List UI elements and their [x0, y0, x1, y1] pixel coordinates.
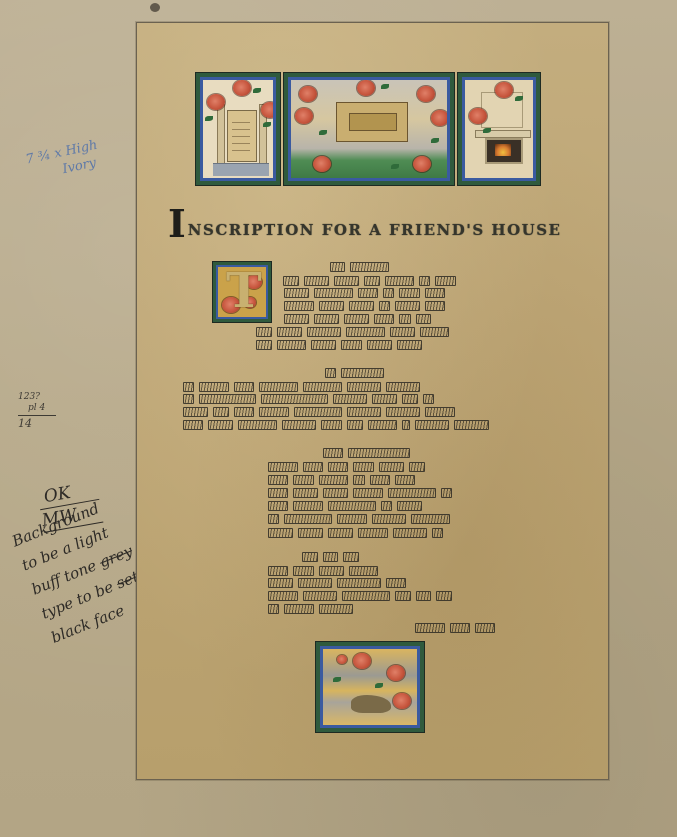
lettering-word: [349, 566, 379, 576]
signature-line: [415, 623, 495, 633]
bird-illustration: [351, 695, 391, 713]
lettering-word: [395, 475, 415, 485]
header-illustration: [196, 73, 542, 185]
lettering-word: [283, 276, 299, 286]
rose-icon: [233, 80, 251, 96]
tailpiece-illustration: [316, 642, 424, 732]
stanza-line: [183, 420, 489, 429]
rose-icon: [295, 108, 313, 124]
lettering-word: [293, 501, 323, 511]
leaf-icon: [205, 116, 213, 121]
stanza-line: [268, 528, 443, 537]
lettering-word: [268, 514, 279, 524]
lettering-word: [282, 420, 316, 430]
lettering-word: [268, 501, 288, 511]
lettering-word: [390, 327, 415, 337]
stanza-heading: [323, 448, 410, 457]
stanza-line: [268, 462, 425, 471]
lettering-word: [268, 566, 288, 576]
lettering-word: [337, 578, 380, 588]
lettering-word: [454, 420, 488, 430]
lettering-word: [385, 276, 415, 286]
rose-icon: [417, 86, 435, 102]
lettering-word: [183, 394, 194, 404]
lettering-word: [199, 382, 229, 392]
lettering-word: [256, 327, 272, 337]
stone-tablet: [336, 102, 408, 142]
stanza-line: [284, 314, 431, 323]
lettering-word: [409, 462, 425, 472]
lettering-word: [321, 420, 341, 430]
note-rule: [18, 415, 56, 416]
lettering-word: [393, 528, 427, 538]
lettering-word: [298, 578, 332, 588]
lettering-word: [284, 604, 314, 614]
note-number-top: 123?: [18, 392, 56, 403]
lettering-word: [436, 591, 452, 601]
lettering-word: [303, 591, 337, 601]
lettering-word: [425, 288, 445, 298]
panel-stone-tablet: [284, 73, 454, 185]
lettering-word: [268, 475, 288, 485]
lettering-word: [284, 301, 314, 311]
lettering-word: [402, 420, 410, 430]
lettering-word: [323, 552, 339, 562]
rose-icon: [387, 665, 405, 681]
lettering-word: [294, 407, 342, 417]
stanza-line: [256, 327, 449, 336]
lettering-word: [307, 327, 341, 337]
note-number-bottom: 14: [18, 418, 56, 429]
title-text: nscription for a Friend's House: [188, 220, 562, 242]
lettering-word: [415, 420, 449, 430]
lettering-word: [342, 591, 390, 601]
lettering-word: [372, 394, 397, 404]
leaf-icon: [375, 683, 383, 688]
lettering-word: [302, 552, 318, 562]
lettering-word: [415, 623, 445, 633]
lettering-word: [183, 407, 208, 417]
lettering-word: [333, 394, 367, 404]
lettering-word: [341, 368, 384, 378]
lettering-word: [450, 623, 470, 633]
lettering-word: [268, 604, 279, 614]
stanza-line: [268, 592, 452, 601]
lettering-word: [277, 327, 302, 337]
lettering-word: [319, 475, 349, 485]
door-illustration: [227, 110, 257, 162]
lettering-word: [383, 288, 394, 298]
stanza-line: [268, 604, 353, 613]
lettering-word: [284, 288, 309, 298]
stanza-heading: [302, 552, 359, 561]
lettering-word: [311, 340, 336, 350]
leaf-icon: [431, 138, 439, 143]
lettering-word: [379, 301, 390, 311]
lettering-word: [183, 382, 194, 392]
stanza-line: [268, 475, 415, 484]
lettering-word: [475, 623, 495, 633]
lettering-word: [323, 488, 348, 498]
lettering-word: [268, 578, 293, 588]
rose-icon: [299, 86, 317, 102]
lettering-word: [337, 514, 367, 524]
lettering-word: [349, 301, 374, 311]
lettering-word: [416, 314, 432, 324]
stanza-line: [284, 289, 445, 298]
lettering-word: [303, 462, 323, 472]
leaf-icon: [333, 677, 341, 682]
lettering-word: [303, 382, 342, 392]
lettering-word: [399, 314, 410, 324]
leaf-icon: [253, 88, 261, 93]
lettering-word: [268, 462, 298, 472]
lettering-word: [425, 301, 445, 311]
stanza-line: [268, 515, 450, 524]
lettering-word: [381, 501, 392, 511]
panel-doorway: [196, 73, 280, 185]
lettering-word: [364, 276, 380, 286]
lettering-word: [183, 420, 203, 430]
lettering-word: [347, 382, 381, 392]
lettering-word: [304, 276, 329, 286]
lettering-word: [341, 340, 361, 350]
rose-icon: [393, 693, 411, 709]
stanza-line: [268, 502, 422, 511]
lettering-word: [343, 552, 359, 562]
lettering-word: [268, 528, 293, 538]
lettering-word: [441, 488, 452, 498]
note-number-mid: pl 4: [18, 403, 56, 414]
lettering-word: [397, 501, 422, 511]
lettering-word: [347, 420, 363, 430]
lettering-word: [298, 528, 323, 538]
lettering-word: [353, 475, 364, 485]
rose-icon: [357, 80, 375, 96]
lettering-word: [395, 591, 411, 601]
lettering-word: [284, 314, 309, 324]
lettering-word: [435, 276, 455, 286]
lettering-word: [395, 301, 420, 311]
stanza-line: [268, 488, 452, 497]
lettering-word: [353, 488, 383, 498]
drop-cap-letter: T: [226, 267, 262, 317]
title-initial: I: [168, 206, 186, 242]
leaf-icon: [483, 128, 491, 133]
lettering-word: [344, 314, 369, 324]
stanza-heading: [325, 368, 385, 377]
lettering-word: [423, 394, 434, 404]
stanza-line: [268, 566, 378, 575]
lettering-word: [420, 327, 450, 337]
lettering-word: [328, 528, 353, 538]
lettering-word: [368, 420, 398, 430]
lettering-word: [348, 448, 410, 458]
lettering-word: [402, 394, 418, 404]
lettering-word: [319, 301, 344, 311]
lettering-word: [328, 462, 348, 472]
pin-hole: [150, 3, 160, 12]
lettering-word: [268, 591, 298, 601]
leaf-icon: [391, 164, 399, 169]
leaf-icon: [381, 84, 389, 89]
rose-icon: [207, 94, 225, 110]
lettering-word: [399, 288, 419, 298]
lettering-word: [334, 276, 359, 286]
lettering-word: [293, 475, 313, 485]
catalog-number-note: 123? pl 4 14: [18, 392, 56, 429]
leaf-icon: [263, 122, 271, 127]
lettering-word: [397, 340, 422, 350]
lettering-word: [346, 327, 385, 337]
lettering-word: [284, 514, 332, 524]
lettering-word: [425, 407, 455, 417]
lettering-word: [213, 407, 229, 417]
lettering-word: [268, 488, 288, 498]
rose-icon: [353, 653, 371, 669]
lettering-word: [293, 488, 318, 498]
page-title: I nscription for a Friend's House: [168, 204, 568, 242]
lettering-word: [314, 288, 353, 298]
lettering-word: [419, 276, 430, 286]
lettering-word: [234, 382, 254, 392]
lettering-word: [293, 566, 313, 576]
rose-icon: [313, 156, 331, 172]
leaf-icon: [515, 96, 523, 101]
lettering-word: [234, 407, 254, 417]
steps: [213, 163, 269, 176]
stanza-line: [183, 408, 455, 417]
illuminated-drop-cap: T: [213, 262, 271, 322]
lettering-word: [314, 314, 339, 324]
lettering-word: [386, 407, 420, 417]
lettering-word: [319, 604, 353, 614]
lettering-word: [319, 566, 344, 576]
lettering-word: [199, 394, 256, 404]
lettering-word: [325, 368, 336, 378]
stanza-line: [283, 276, 456, 285]
lettering-word: [370, 475, 390, 485]
lettering-word: [347, 407, 381, 417]
stanza-line: [268, 579, 406, 588]
lettering-word: [256, 340, 272, 350]
lettering-word: [411, 514, 450, 524]
rose-icon: [413, 156, 431, 172]
lettering-word: [323, 448, 343, 458]
lettering-word: [350, 262, 389, 272]
lettering-word: [261, 394, 327, 404]
lettering-word: [372, 514, 406, 524]
stanza-line: [183, 395, 434, 404]
lettering-word: [277, 340, 307, 350]
lettering-word: [238, 420, 277, 430]
lettering-word: [386, 578, 406, 588]
stanza-heading: [330, 262, 390, 271]
rose-icon: [495, 82, 513, 98]
lettering-word: [259, 407, 289, 417]
lettering-word: [358, 288, 378, 298]
lettering-word: [330, 262, 346, 272]
rose-icon: [261, 102, 273, 118]
lettering-word: [432, 528, 443, 538]
fireplace-icon: [485, 138, 523, 164]
stanza-line: [183, 382, 420, 391]
stanza-line: [284, 302, 445, 311]
lettering-word: [374, 314, 394, 324]
rose-icon: [469, 108, 487, 124]
lettering-word: [358, 528, 388, 538]
lettering-word: [416, 591, 432, 601]
lettering-word: [259, 382, 298, 392]
lettering-word: [208, 420, 233, 430]
panel-fireplace: [458, 73, 540, 185]
lettering-word: [328, 501, 376, 511]
lettering-word: [386, 382, 420, 392]
lettering-word: [379, 462, 404, 472]
lettering-word: [367, 340, 392, 350]
rose-icon: [337, 655, 347, 664]
leaf-icon: [319, 130, 327, 135]
lettering-word: [388, 488, 436, 498]
rose-icon: [431, 110, 447, 126]
pillar: [217, 104, 225, 164]
stanza-line: [256, 340, 422, 349]
lettering-word: [353, 462, 373, 472]
